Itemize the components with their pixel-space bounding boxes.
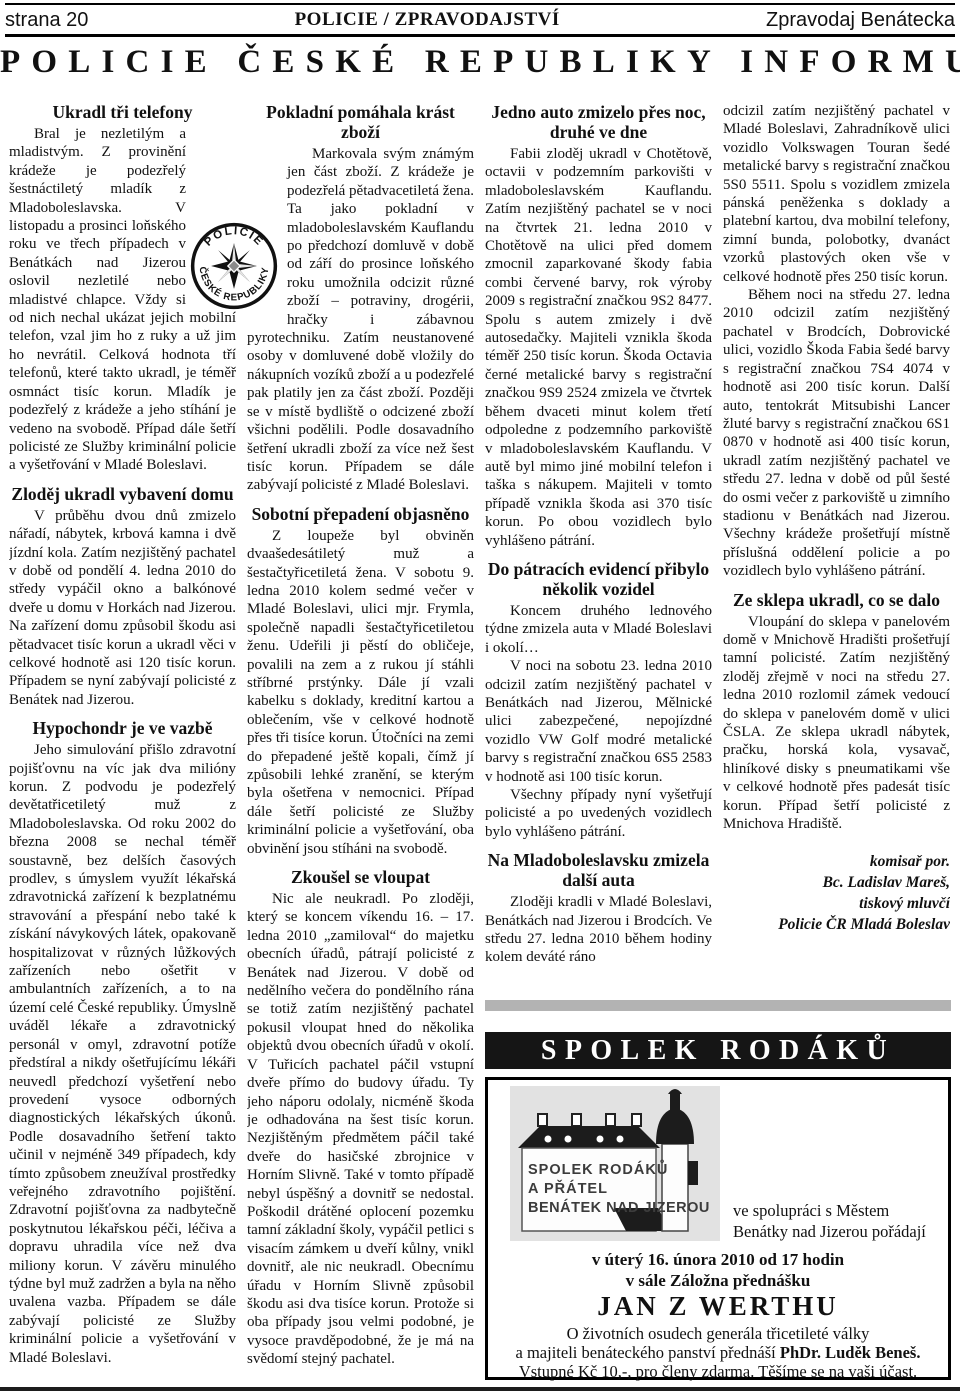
article-two-cars-stolen: Jedno auto zmizelo přes noc, druhé ve dn… (485, 102, 712, 550)
spolek-logo-line2: A PŘÁTEL (528, 1179, 608, 1197)
article-title: Do pátracích evidencí přibylo několik vo… (485, 559, 712, 599)
spolek-banner-text: SPOLEK RODÁKŮ (541, 1035, 895, 1067)
lecturer-name: PhDr. Luděk Beneš. (780, 1343, 921, 1362)
article-paragraph: V noci na sobotu 23. ledna 2010 odcizil … (485, 657, 712, 786)
masthead-top-rule (5, 3, 955, 5)
article-cashier-theft: Pokladní pomáhala krást zboží Markovala … (247, 102, 474, 495)
article-more-cars-missing: Na Mladoboleslavsku zmizela další auta Z… (485, 850, 712, 967)
newspaper-page: strana 20 POLICIE / ZPRAVODAJSTVÍ Zpravo… (0, 0, 960, 1396)
article-paragraph: Fabii zloděj ukradl v Chotětově, octavii… (485, 145, 712, 550)
column-3: Jedno auto zmizelo přes noc, druhé ve dn… (485, 98, 712, 982)
article-paragraph: V průběhu dvou dnů zmizelo nářadí, nábyt… (9, 507, 236, 709)
article-title: Jedno auto zmizelo přes noc, druhé ve dn… (485, 102, 712, 142)
article-house-burglary: Zloděj ukradl vybavení domu V průběhu dv… (9, 484, 236, 709)
article-hypochondriac: Hypochondr je ve vazbě Jeho simulování p… (9, 718, 236, 1367)
article-more-cars-missing-continued: odcizil zatím nezjištěný pachatel v Mlad… (723, 102, 950, 581)
spolek-footer-line: Vstupné Kč 10,-, pro členy zdarma. Těším… (488, 1362, 948, 1382)
article-title: Sobotní přepadení objasněno (247, 504, 474, 524)
press-signature: komisař por. Bc. Ladislav Mareš, tiskový… (723, 851, 950, 935)
signature-line: tiskový mluvčí (723, 893, 950, 914)
article-paragraph: Vloupání do sklepa v panelovém domě v Mn… (723, 613, 950, 834)
signature-line: Bc. Ladislav Mareš, (723, 872, 950, 893)
page-number: strana 20 (5, 9, 88, 32)
article-saturday-assault: Sobotní přepadení objasněno Z loupeže by… (247, 504, 474, 858)
police-badge-icon: POLICIE ČESKÉ REPUBLIKY (190, 222, 278, 310)
spolek-logo: SPOLEK RODÁKŮ A PŘÁTEL BENÁTEK NAD JIZER… (510, 1086, 720, 1241)
article-paragraph: Všechny případy nyní vyšetřují policisté… (485, 786, 712, 841)
masthead-bottom-rule (5, 34, 955, 37)
spolek-logo-line1: SPOLEK RODÁKŮ (528, 1159, 668, 1178)
article-attempted-breakin: Zkoušel se vloupat Nic ale neukradl. Po … (247, 867, 474, 1369)
spolek-logo-line3: BENÁTEK NAD JIZEROU (528, 1199, 710, 1216)
article-title: Pokladní pomáhala krást zboží (247, 102, 474, 142)
article-title: Hypochondr je ve vazbě (9, 718, 236, 738)
column-2: Pokladní pomáhala krást zboží Markovala … (247, 98, 474, 1382)
gray-separator-bar (485, 1000, 951, 1011)
article-title: Na Mladoboleslavsku zmizela další auta (485, 850, 712, 890)
spolek-venue-line: v sále Záložna přednášku (488, 1271, 948, 1291)
section-title: POLICIE / ZPRAVODAJSTVÍ (295, 9, 560, 31)
signature-line: komisař por. (723, 851, 950, 872)
signature-line: Policie ČR Mladá Boleslav (723, 914, 950, 935)
article-title: Zkoušel se vloupat (247, 867, 474, 887)
article-paragraph: Markovala svým známým jen část zboží. Z … (247, 145, 474, 495)
article-paragraph: Během noci na středu 27. ledna 2010 odci… (723, 286, 950, 581)
article-paragraph: Zloději kradli v Mladé Boleslavi, Benátk… (485, 893, 712, 967)
publication-name: Zpravodaj Benátecka (766, 9, 955, 32)
spolek-announcement-box: SPOLEK RODÁKŮ A PŘÁTEL BENÁTEK NAD JIZER… (485, 1077, 951, 1380)
article-title: Ukradl tři telefony (9, 102, 236, 122)
masthead: strana 20 POLICIE / ZPRAVODAJSTVÍ Zpravo… (5, 7, 955, 33)
spolek-description-line2: a majiteli benáteckého panství přednáší … (488, 1343, 948, 1363)
article-search-registry: Do pátracích evidencí přibylo několik vo… (485, 559, 712, 841)
page-bottom-rule (0, 1387, 960, 1391)
article-paragraph: Z loupeže byl obviněn dvaašedesátiletý m… (247, 527, 474, 858)
article-paragraph: odcizil zatím nezjištěný pachatel v Mlad… (723, 102, 950, 286)
article-cellar-theft: Ze sklepa ukradl, co se dalo Vloupání do… (723, 590, 950, 834)
article-paragraph: Jeho simulování přišlo zdravotní pojišťo… (9, 741, 236, 1367)
article-paragraph: Nic ale neukradl. Po zloději, který se k… (247, 890, 474, 1369)
article-paragraph: Koncem druhého lednového týdne zmizela a… (485, 602, 712, 657)
spolek-banner: SPOLEK RODÁKŮ (485, 1032, 951, 1069)
article-title: Zloděj ukradl vybavení domu (9, 484, 236, 504)
column-4: odcizil zatím nezjištěný pachatel v Mlad… (723, 98, 950, 982)
spolek-date-line: v úterý 16. února 2010 od 17 hodin (488, 1250, 948, 1270)
spolek-lecture-title: JAN Z WERTHU (488, 1291, 948, 1322)
page-title: POLICIE ČESKÉ REPUBLIKY INFORMUJE (0, 44, 960, 81)
spolek-intro-text: ve spolupráci s Městem Benátky nad Jizer… (733, 1200, 939, 1242)
spolek-description-line1: O životních osudech generála třicetileté… (488, 1324, 948, 1344)
article-title: Ze sklepa ukradl, co se dalo (723, 590, 950, 610)
